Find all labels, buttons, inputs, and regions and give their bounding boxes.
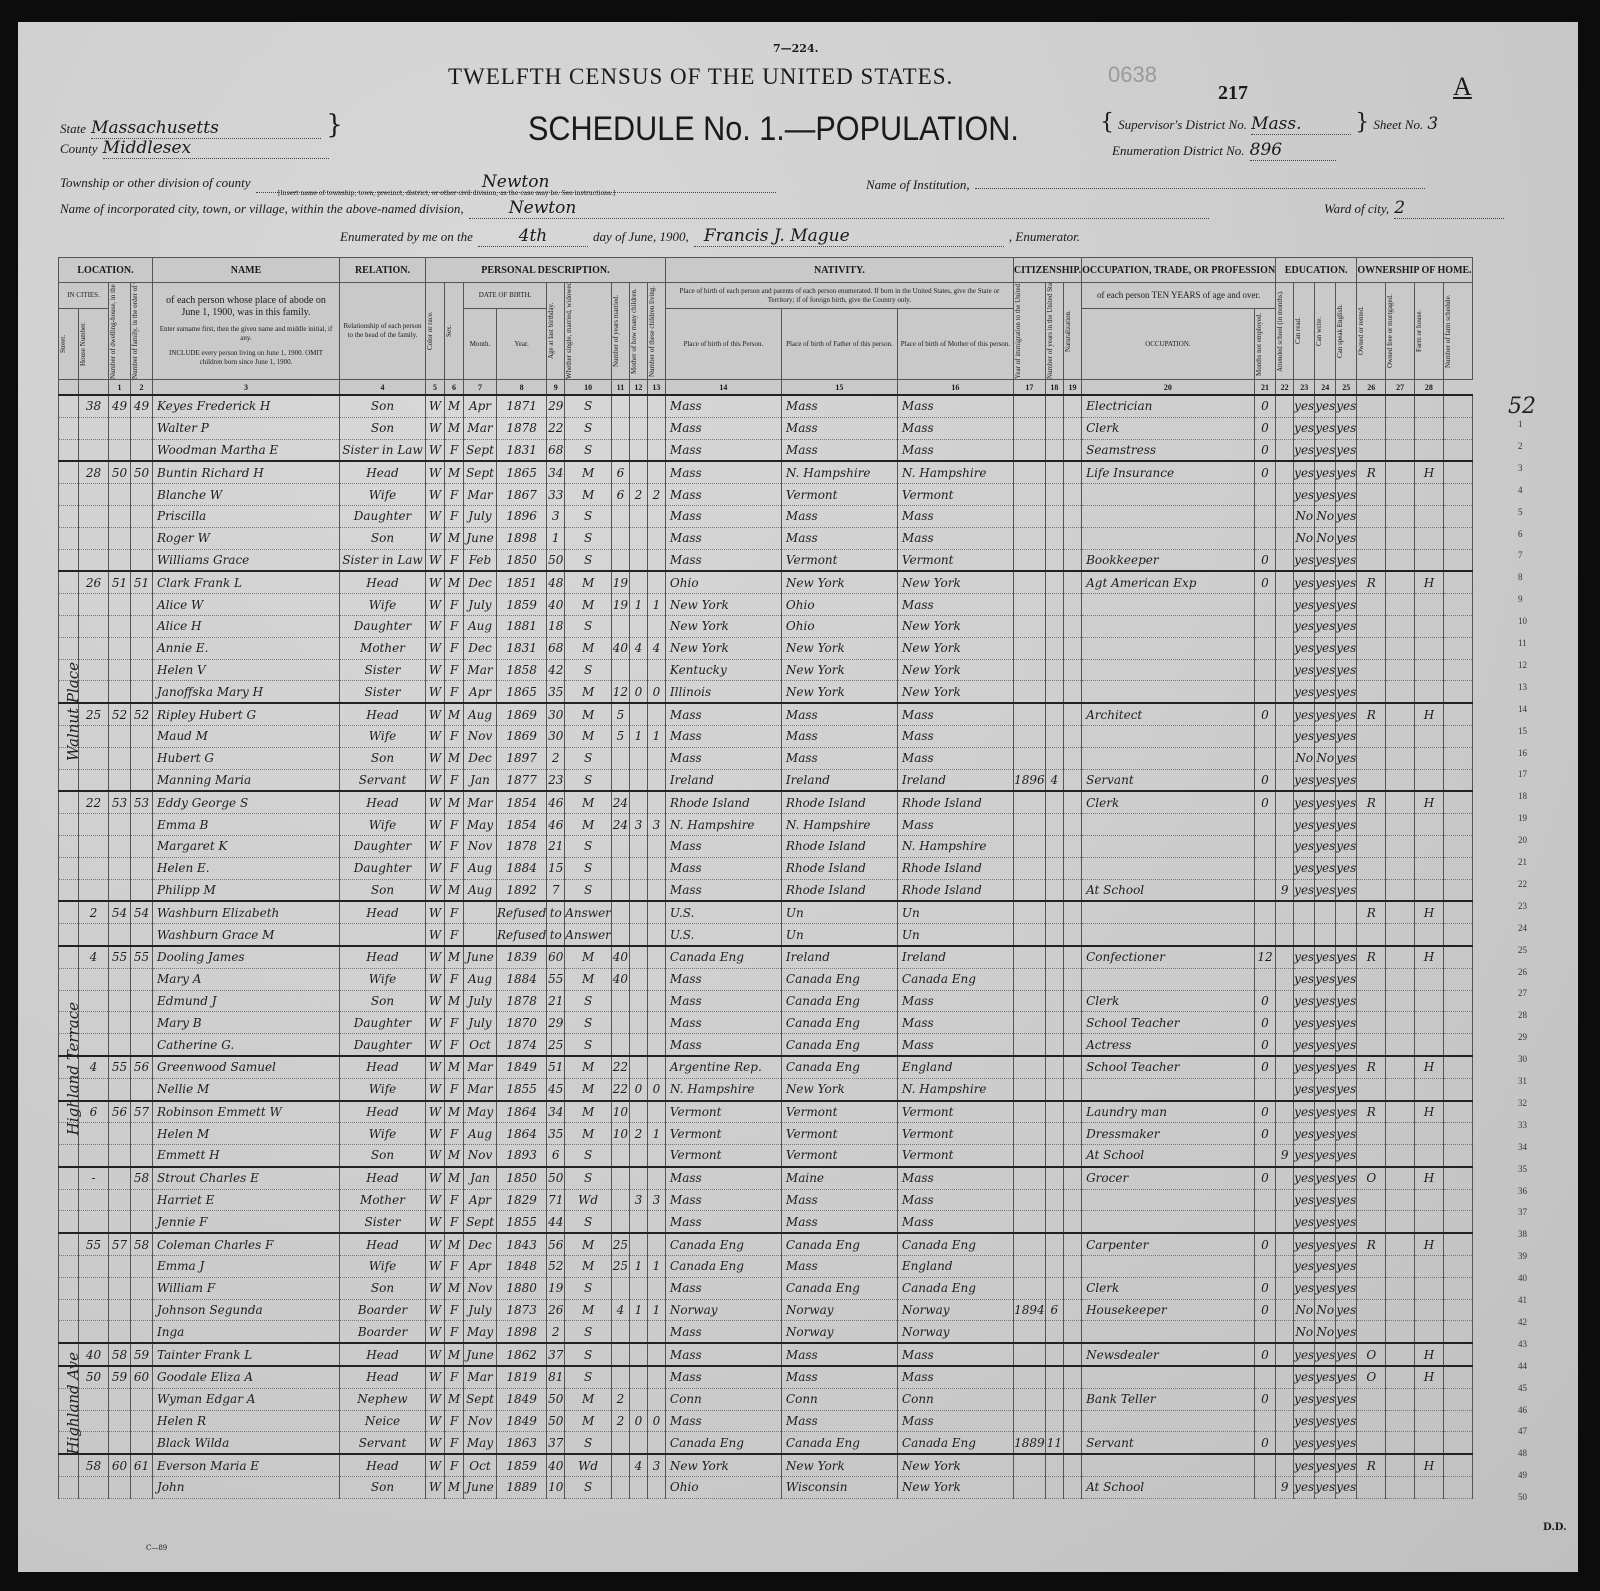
age: 19 (547, 1277, 565, 1299)
house-number (79, 505, 109, 527)
months-unemployed (1254, 835, 1275, 857)
birthplace: U.S. (665, 924, 781, 946)
relation: Head (340, 901, 426, 923)
owned-rented (1357, 835, 1386, 857)
birth-month: July (464, 990, 497, 1012)
color: W (426, 1454, 445, 1476)
sex: M (445, 1056, 464, 1078)
birth-year: 1871 (497, 395, 547, 417)
age: 10 (547, 1477, 565, 1499)
owned-rented (1357, 924, 1386, 946)
relation: Son (340, 1477, 426, 1499)
sex: F (445, 505, 464, 527)
birthplace: Mass (665, 1366, 781, 1388)
mother-birthplace: New York (897, 659, 1013, 681)
owned-rented (1357, 484, 1386, 506)
father-birthplace: N. Hampshire (781, 461, 897, 483)
color: W (426, 901, 445, 923)
table-row: 405859Tainter Frank LHeadWMJune186237SMa… (59, 1343, 1473, 1366)
relation: Daughter (340, 1034, 426, 1056)
sex: M (445, 1233, 464, 1255)
farm-schedule (1443, 1477, 1472, 1499)
father-birthplace: New York (781, 571, 897, 593)
house-number (79, 1477, 109, 1499)
owned-free (1386, 1123, 1415, 1145)
father-birthplace: Canada Eng (781, 1277, 897, 1299)
schedule-title: SCHEDULE No. 1.—POPULATION. (528, 110, 1019, 149)
children-living (647, 505, 665, 527)
birth-year: 1864 (497, 1101, 547, 1123)
form-code: C—89 (146, 1544, 167, 1552)
age: 37 (547, 1343, 565, 1366)
years-in-us (1045, 1123, 1063, 1145)
mother-of (629, 703, 647, 725)
naturalization (1063, 1432, 1081, 1454)
mother-birthplace: Mass (897, 1189, 1013, 1211)
immigration-year (1013, 484, 1045, 506)
years-in-us (1045, 1056, 1063, 1078)
owned-rented (1357, 505, 1386, 527)
table-row: Manning MariaServantWFJan187723SIrelandI… (59, 769, 1473, 791)
naturalization (1063, 879, 1081, 901)
farm-house: H (1415, 1454, 1444, 1476)
table-row: Mary AWifeWFAug188455M40MassCanada EngCa… (59, 968, 1473, 990)
can-read: yes (1294, 615, 1315, 637)
farm-house (1415, 1189, 1444, 1211)
occupation: Life Insurance (1082, 461, 1255, 483)
mother-birthplace: New York (897, 1454, 1013, 1476)
birthplace: Mass (665, 1343, 781, 1366)
immigration-year (1013, 1189, 1045, 1211)
occupation: Clerk (1082, 791, 1255, 813)
age: 46 (547, 814, 565, 836)
birth-year: Refused (497, 901, 547, 923)
farm-house (1415, 1477, 1444, 1499)
immigration-year (1013, 1233, 1045, 1255)
immigration-year (1013, 901, 1045, 923)
months-unemployed: 12 (1254, 946, 1275, 968)
father-birthplace: Ireland (781, 769, 897, 791)
can-write: yes (1315, 1410, 1336, 1432)
speak-english: yes (1336, 637, 1357, 659)
street-cell (59, 527, 79, 549)
sex: F (445, 835, 464, 857)
color: W (426, 637, 445, 659)
can-read: yes (1294, 1277, 1315, 1299)
owned-rented (1357, 1299, 1386, 1321)
street-cell (59, 1256, 79, 1278)
color: W (426, 1056, 445, 1078)
can-write: yes (1315, 1388, 1336, 1410)
occupation (1082, 968, 1255, 990)
header-children-living: Number of these children living. (648, 283, 656, 379)
attended-school (1276, 549, 1294, 571)
birthplace: Vermont (665, 1123, 781, 1145)
birth-year: 1848 (497, 1256, 547, 1278)
mother-birthplace: Mass (897, 594, 1013, 616)
row-number: 38 (1518, 1229, 1527, 1239)
enumeration-value: 896 (1250, 140, 1336, 161)
occupation (1082, 1256, 1255, 1278)
months-unemployed: 0 (1254, 1167, 1275, 1189)
ward-label: Ward of city, (1324, 201, 1389, 216)
years-in-us (1045, 1454, 1063, 1476)
birth-month: Aug (464, 1123, 497, 1145)
marital-status: S (565, 879, 612, 901)
marital-status: M (565, 1233, 612, 1255)
dwelling-number: 53 (109, 791, 131, 813)
years-in-us (1045, 924, 1063, 946)
table-row: Black WildaServantWFMay186337SCanada Eng… (59, 1432, 1473, 1454)
naturalization (1063, 1101, 1081, 1123)
dwelling-number (109, 1189, 131, 1211)
owned-rented (1357, 1388, 1386, 1410)
speak-english (1336, 924, 1357, 946)
farm-schedule (1443, 571, 1472, 593)
occupation (1082, 1366, 1255, 1388)
sex: M (445, 946, 464, 968)
mother-birthplace: Mass (897, 1366, 1013, 1388)
years-in-us (1045, 747, 1063, 769)
father-birthplace: Norway (781, 1299, 897, 1321)
can-write: yes (1315, 1167, 1336, 1189)
speak-english: yes (1336, 857, 1357, 879)
years-married (611, 549, 629, 571)
can-read: yes (1294, 1233, 1315, 1255)
street-cell (59, 968, 79, 990)
city-label: Name of incorporated city, town, or vill… (60, 201, 464, 216)
relation: Wife (340, 968, 426, 990)
occupation: Servant (1082, 1432, 1255, 1454)
attended-school (1276, 1101, 1294, 1123)
page-number: 217 (1218, 82, 1248, 105)
birthplace: Mass (665, 990, 781, 1012)
months-unemployed (1254, 1211, 1275, 1233)
mother-of (629, 791, 647, 813)
owned-rented (1357, 1277, 1386, 1299)
occupation (1082, 637, 1255, 659)
table-row: 255252Ripley Hubert GHeadWMAug186930M5Ma… (59, 703, 1473, 725)
birth-month: Aug (464, 857, 497, 879)
immigration-year (1013, 990, 1045, 1012)
relation: Wife (340, 725, 426, 747)
birth-month: Aug (464, 968, 497, 990)
children-living (647, 791, 665, 813)
row-number: 24 (1518, 923, 1527, 933)
birthplace: Mass (665, 527, 781, 549)
column-number: 6 (445, 380, 464, 396)
can-read: yes (1294, 725, 1315, 747)
children-living: 4 (647, 637, 665, 659)
farm-schedule (1443, 681, 1472, 703)
years-in-us (1045, 1101, 1063, 1123)
column-number: 5 (426, 380, 445, 396)
marital-status: Wd (565, 1189, 612, 1211)
can-read (1294, 901, 1315, 923)
birth-month: Mar (464, 1078, 497, 1100)
children-living (647, 1167, 665, 1189)
immigration-year (1013, 681, 1045, 703)
can-write: yes (1315, 1277, 1336, 1299)
sex: M (445, 791, 464, 813)
naturalization (1063, 1256, 1081, 1278)
farm-house (1415, 1388, 1444, 1410)
row-number: 23 (1518, 901, 1527, 911)
row-number: 19 (1518, 813, 1527, 823)
row-number: 29 (1518, 1032, 1527, 1042)
months-unemployed: 0 (1254, 1388, 1275, 1410)
birth-month: June (464, 1477, 497, 1499)
birth-month: Feb (464, 549, 497, 571)
father-birthplace: Canada Eng (781, 1432, 897, 1454)
row-number: 45 (1518, 1383, 1527, 1393)
naturalization (1063, 1454, 1081, 1476)
farm-schedule (1443, 835, 1472, 857)
years-married (611, 395, 629, 417)
birth-year: 1854 (497, 791, 547, 813)
birth-month (464, 924, 497, 946)
owned-free (1386, 637, 1415, 659)
immigration-year (1013, 791, 1045, 813)
header-location: LOCATION. (59, 258, 153, 283)
person-name: Inga (153, 1321, 340, 1343)
years-in-us (1045, 1189, 1063, 1211)
owned-rented: R (1357, 1454, 1386, 1476)
sex: M (445, 461, 464, 483)
years-married (611, 835, 629, 857)
years-in-us: 4 (1045, 769, 1063, 791)
years-in-us (1045, 1078, 1063, 1100)
children-living (647, 1012, 665, 1034)
owned-free (1386, 835, 1415, 857)
mother-of (629, 990, 647, 1012)
marital-status: S (565, 1477, 612, 1499)
column-number (79, 380, 109, 396)
children-living (647, 395, 665, 417)
marital-status: S (565, 439, 612, 461)
months-unemployed: 0 (1254, 461, 1275, 483)
years-married: 24 (611, 814, 629, 836)
table-row: 45555Dooling JamesHeadWMJune183960M40Can… (59, 946, 1473, 968)
sex: F (445, 1012, 464, 1034)
dwelling-number (109, 990, 131, 1012)
age: 34 (547, 461, 565, 483)
birth-year: 1865 (497, 681, 547, 703)
owned-rented (1357, 439, 1386, 461)
birth-month: Oct (464, 1034, 497, 1056)
person-name: Hubert G (153, 747, 340, 769)
relation: Daughter (340, 835, 426, 857)
owned-free (1386, 505, 1415, 527)
marital-status: S (565, 395, 612, 417)
street-cell (59, 505, 79, 527)
years-in-us (1045, 439, 1063, 461)
attended-school (1276, 1078, 1294, 1100)
table-row: Nellie MWifeWFMar185545M2200N. Hampshire… (59, 1078, 1473, 1100)
owned-rented (1357, 1145, 1386, 1167)
immigration-year (1013, 594, 1045, 616)
house-number (79, 835, 109, 857)
farm-schedule (1443, 857, 1472, 879)
owned-rented: O (1357, 1343, 1386, 1366)
farm-house (1415, 659, 1444, 681)
father-birthplace: Canada Eng (781, 1012, 897, 1034)
person-name: Priscilla (153, 505, 340, 527)
relation: Neice (340, 1410, 426, 1432)
speak-english: yes (1336, 527, 1357, 549)
house-number (79, 1432, 109, 1454)
row-number: 41 (1518, 1295, 1527, 1305)
owned-free (1386, 1056, 1415, 1078)
relation: Head (340, 1056, 426, 1078)
sex: M (445, 1343, 464, 1366)
person-name: Keyes Frederick H (153, 395, 340, 417)
mother-of: 1 (629, 725, 647, 747)
owned-free (1386, 946, 1415, 968)
owned-free (1386, 1145, 1415, 1167)
owned-free (1386, 901, 1415, 923)
farm-schedule (1443, 594, 1472, 616)
relation: Sister in Law (340, 549, 426, 571)
house-number (79, 1189, 109, 1211)
mother-of: 3 (629, 1189, 647, 1211)
attended-school (1276, 395, 1294, 417)
sex: M (445, 571, 464, 593)
naturalization (1063, 637, 1081, 659)
header-nativity-desc: Place of birth of each person and parent… (665, 283, 1013, 309)
person-name: Buntin Richard H (153, 461, 340, 483)
farm-house (1415, 769, 1444, 791)
relation: Daughter (340, 1012, 426, 1034)
can-write: yes (1315, 703, 1336, 725)
attended-school (1276, 901, 1294, 923)
mother-birthplace: Un (897, 924, 1013, 946)
mother-birthplace: England (897, 1056, 1013, 1078)
dwelling-number: 51 (109, 571, 131, 593)
marital-status: M (565, 1410, 612, 1432)
attended-school (1276, 946, 1294, 968)
birthplace: N. Hampshire (665, 814, 781, 836)
years-married: 2 (611, 1410, 629, 1432)
relation: Son (340, 1145, 426, 1167)
row-number: 50 (1518, 1492, 1527, 1502)
sex: F (445, 1366, 464, 1388)
can-write: yes (1315, 439, 1336, 461)
house-number (79, 1078, 109, 1100)
ward-value: 2 (1394, 198, 1504, 219)
column-number: 24 (1315, 380, 1336, 396)
marital-status: S (565, 1167, 612, 1189)
owned-rented (1357, 417, 1386, 439)
mother-of (629, 549, 647, 571)
farm-schedule (1443, 1034, 1472, 1056)
mother-of: 4 (629, 1454, 647, 1476)
immigration-year (1013, 1388, 1045, 1410)
children-living (647, 417, 665, 439)
speak-english: yes (1336, 747, 1357, 769)
mother-birthplace: Mass (897, 725, 1013, 747)
marital-status: M (565, 1123, 612, 1145)
farm-schedule (1443, 1101, 1472, 1123)
relation: Wife (340, 1256, 426, 1278)
years-married (611, 439, 629, 461)
attended-school (1276, 1189, 1294, 1211)
sex: F (445, 1123, 464, 1145)
can-read: yes (1294, 946, 1315, 968)
marital-status: Wd (565, 1454, 612, 1476)
immigration-year: 1894 (1013, 1299, 1045, 1321)
children-living (647, 946, 665, 968)
house-number (79, 1410, 109, 1432)
immigration-year (1013, 571, 1045, 593)
speak-english: yes (1336, 1432, 1357, 1454)
family-number: 61 (131, 1454, 153, 1476)
birthplace: Ireland (665, 769, 781, 791)
children-living (647, 901, 665, 923)
naturalization (1063, 990, 1081, 1012)
years-in-us (1045, 615, 1063, 637)
attended-school (1276, 857, 1294, 879)
birth-month: June (464, 1343, 497, 1366)
header-naturalization: Naturalization. (1064, 283, 1072, 379)
can-write: yes (1315, 1454, 1336, 1476)
mother-birthplace: Mass (897, 1211, 1013, 1233)
can-read: yes (1294, 1078, 1315, 1100)
years-in-us (1045, 571, 1063, 593)
color: W (426, 1277, 445, 1299)
person-name: Williams Grace (153, 549, 340, 571)
father-birthplace: Rhode Island (781, 879, 897, 901)
column-number: 18 (1045, 380, 1063, 396)
birth-month: Sept (464, 1388, 497, 1410)
can-read: No (1294, 505, 1315, 527)
occupation (1082, 1454, 1255, 1476)
farm-schedule (1443, 549, 1472, 571)
mother-of (629, 857, 647, 879)
children-living: 2 (647, 484, 665, 506)
birth-year: 1863 (497, 1432, 547, 1454)
table-row: 505960Goodale Eliza AHeadWFMar181981SMas… (59, 1366, 1473, 1388)
relation: Wife (340, 484, 426, 506)
owned-free (1386, 571, 1415, 593)
immigration-year (1013, 1454, 1045, 1476)
can-read: yes (1294, 968, 1315, 990)
can-write: yes (1315, 990, 1336, 1012)
owned-rented (1357, 615, 1386, 637)
sex: F (445, 681, 464, 703)
table-row: Helen E.DaughterWFAug188415SMassRhode Is… (59, 857, 1473, 879)
county-value: Middlesex (103, 138, 329, 159)
months-unemployed (1254, 1256, 1275, 1278)
farm-schedule (1443, 814, 1472, 836)
age: 50 (547, 1167, 565, 1189)
owned-free (1386, 1432, 1415, 1454)
birth-year: 1850 (497, 549, 547, 571)
can-write: yes (1315, 1101, 1336, 1123)
marital-status: M (565, 1078, 612, 1100)
farm-house (1415, 1277, 1444, 1299)
mother-of (629, 1034, 647, 1056)
person-name: Tainter Frank L (153, 1343, 340, 1366)
father-birthplace: New York (781, 659, 897, 681)
table-row: 586061Everson Maria EHeadWFOct185940Wd43… (59, 1454, 1473, 1476)
dwelling-number (109, 1078, 131, 1100)
family-number: 54 (131, 901, 153, 923)
family-number: 57 (131, 1101, 153, 1123)
mother-birthplace: N. Hampshire (897, 835, 1013, 857)
house-number (79, 1277, 109, 1299)
dwelling-number: 55 (109, 946, 131, 968)
